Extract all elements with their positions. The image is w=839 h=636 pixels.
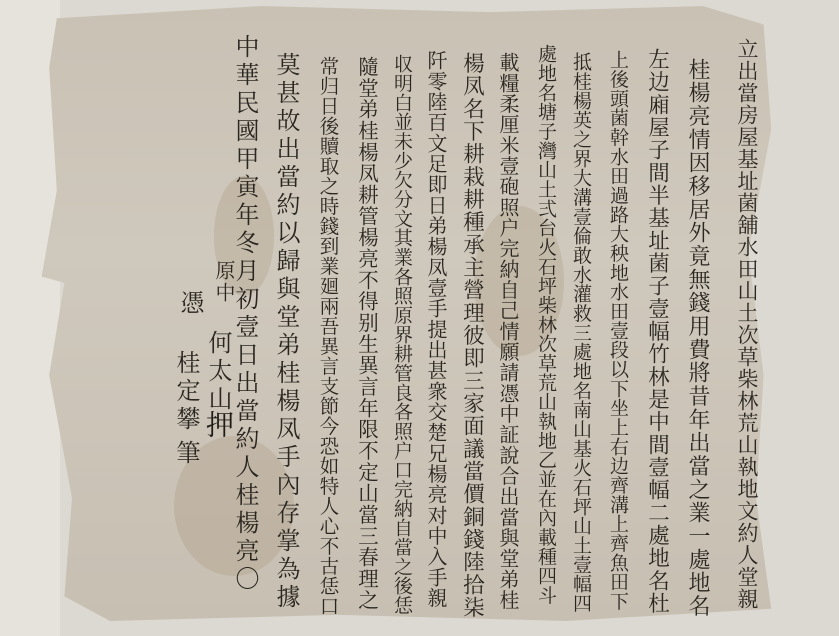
text-column: 楊凤名下耕栽耕種承主營理彼即三家面議當價銅錢陸拾柒 — [461, 52, 483, 619]
text-column: 桂楊亮情因移居外竟無錢用費將昔年出當之業一處地名 — [686, 58, 708, 618]
text-column: 立出當房屋基址菌舖水田山土次草柴林荒山執地文約人堂親 — [736, 38, 757, 610]
witness-mark: 押 — [204, 410, 232, 442]
scribe-name: 桂定攀 — [174, 350, 198, 434]
text-column: 常归日後贖取之時錢到業廻兩吾異言支節今恐如特人心不古恁口 — [318, 56, 338, 616]
scribe-mark: 筆 — [174, 440, 198, 468]
witness-label: 原中 — [214, 260, 234, 304]
ping-label: 憑 — [178, 290, 202, 318]
text-column: 莫甚故出當約以歸與堂弟桂楊凤手內存掌為據 — [274, 52, 298, 612]
text-column: 収明白並未少欠分文其業各照原界耕管良各照户口完納自當之後恁 — [392, 54, 411, 615]
text-column: 左边廂屋子間半基址菌子壹幅竹林是中間壹幅二處地名杜 — [646, 48, 668, 615]
text-column: 中華民國甲寅年冬月初壹日出當約人桂楊亮〇 — [233, 34, 257, 594]
paper-sheet — [34, 6, 794, 621]
text-column: 抵桂楊英之界大溝壹倫敢水灌救三處地名南山基火石坪山土壹幅四 — [571, 52, 590, 613]
text-column: 隨堂弟桂楊凤耕管楊亮不得别生異言年限不定山當三春理之 — [356, 56, 377, 611]
text-column: 上後頭菌幹水田過路大秧地水田壹段以下坐上右边齊溝上齊魚田下 — [608, 50, 627, 611]
text-column: 處地名塘子灣山土弍台火石坪柴林次草荒山執地乙並在內載種四斗 — [536, 44, 555, 605]
witness-name: 何太山 — [206, 330, 230, 414]
text-column: 載糧柔厘米壹砲照户完納自己情願請憑中証說合出當與堂弟桂 — [498, 52, 518, 610]
text-column: 阡零陸百文足即日弟楊凤壹手提出甚衆交楚兄楊亮对中入手親 — [426, 50, 446, 608]
